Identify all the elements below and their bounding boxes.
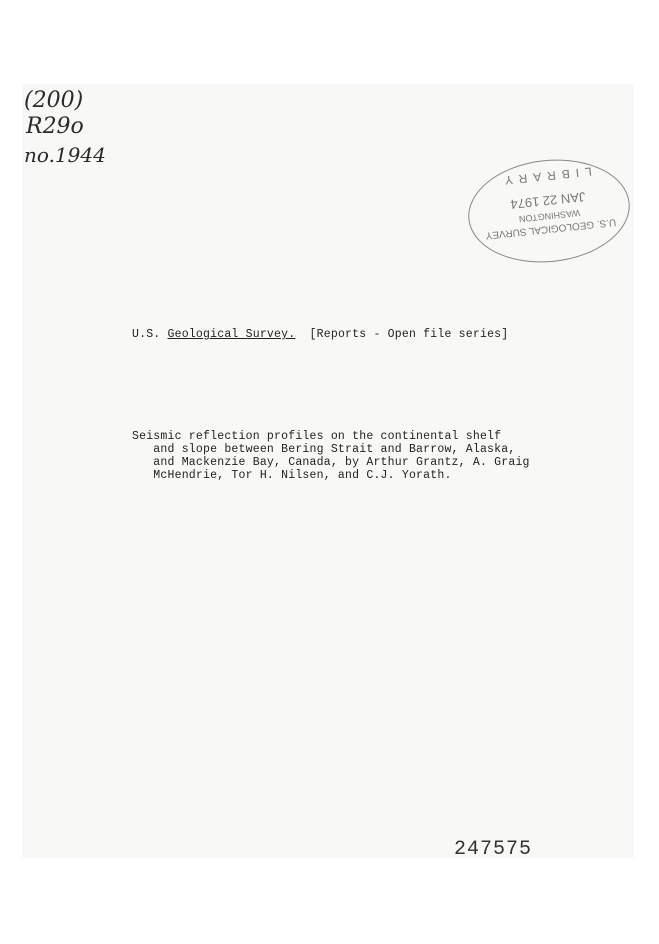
accession-number: 247575 (454, 838, 532, 861)
title-line: and slope between Bering Strait and Barr… (132, 443, 515, 456)
series-header: U.S. Geological Survey. [Reports - Open … (132, 328, 508, 341)
title-line: Seismic reflection profiles on the conti… (132, 430, 501, 443)
title-line: and Mackenzie Bay, Canada, by Arthur Gra… (132, 456, 530, 469)
header-prefix: U.S. (132, 328, 168, 341)
title-line: McHendrie, Tor H. Nilsen, and C.J. Yorat… (132, 469, 452, 482)
handwritten-call-number-3: no.1944 (24, 142, 106, 168)
handwritten-call-number-2: R29o (26, 114, 84, 140)
header-series: [Reports - Open file series] (295, 328, 508, 341)
header-agency: Geological Survey. (168, 328, 296, 341)
handwritten-call-number-1: (200) (24, 88, 83, 114)
